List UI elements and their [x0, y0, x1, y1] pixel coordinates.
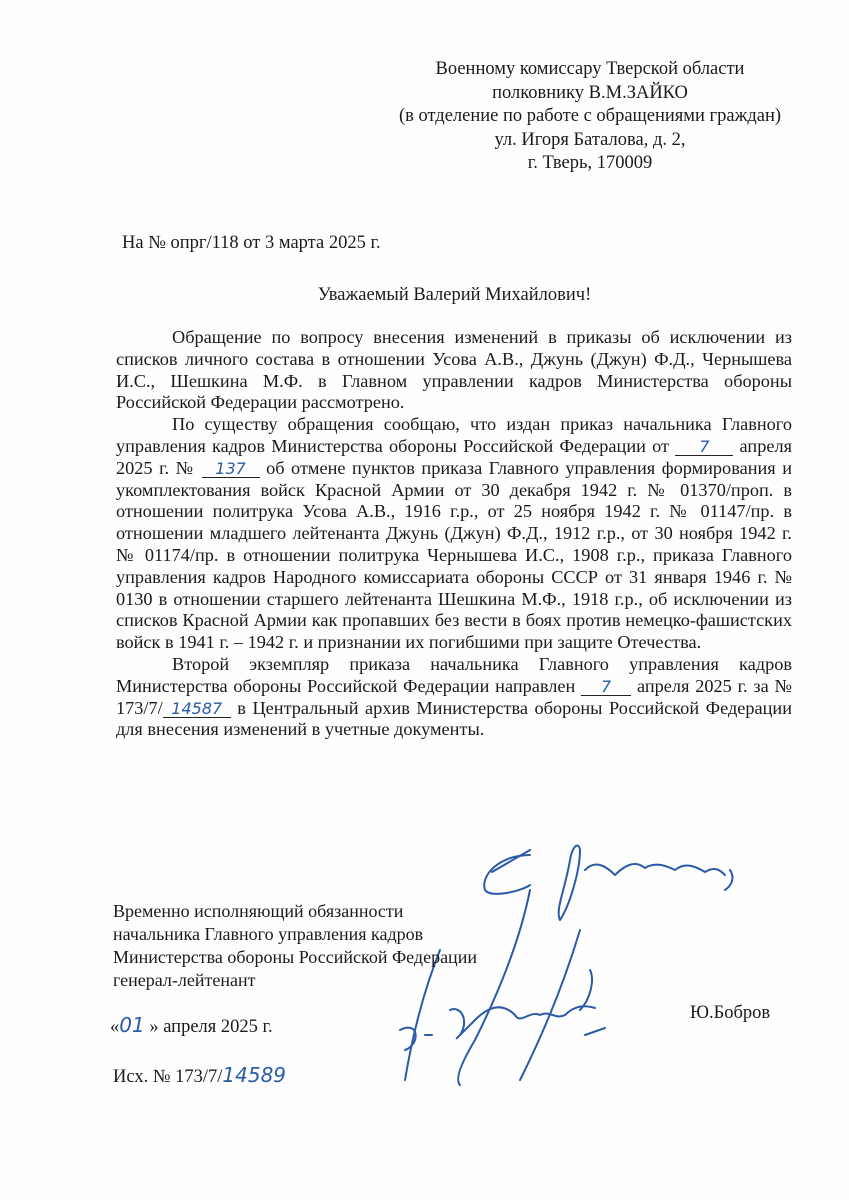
outgoing-prefix: Исх. № 173/7/	[113, 1067, 222, 1087]
paragraph-2: По существу обращения сообщаю, что издан…	[116, 414, 792, 654]
greeting: Уважаемый Валерий Михайлович!	[0, 285, 849, 306]
addressee-line: (в отделение по работе с обращениями гра…	[370, 105, 810, 129]
signer-title-line: генерал-лейтенант	[113, 969, 477, 992]
handwritten-day-field: 7	[675, 438, 733, 456]
handwritten-date-day: 01	[119, 1013, 144, 1037]
handwritten-outgoing-number: 14589	[222, 1063, 286, 1087]
handwritten-day: 7	[601, 677, 611, 696]
date-rest: » апреля 2025 г.	[149, 1017, 272, 1037]
handwritten-number-field: 14587	[163, 700, 231, 718]
addressee-line: Военному комиссару Тверской области	[370, 58, 810, 82]
addressee-block: Военному комиссару Тверской области полк…	[370, 58, 810, 176]
signer-name: Ю.Бобров	[690, 1003, 770, 1024]
addressee-line: г. Тверь, 170009	[370, 152, 810, 176]
signature-title-block: Временно исполняющий обязанности начальн…	[113, 900, 477, 992]
reference-number: На № опрг/118 от 3 марта 2025 г.	[122, 233, 381, 254]
date-open-quote: «	[110, 1017, 119, 1037]
letter-page: Военному комиссару Тверской области полк…	[0, 0, 849, 1200]
signer-title-line: начальника Главного управления кадров	[113, 923, 477, 946]
signer-title-line: Министерства обороны Российской Федераци…	[113, 946, 477, 969]
paragraph-1: Обращение по вопросу внесения изменений …	[116, 327, 792, 414]
letter-date: «01 » апреля 2025 г.	[110, 1013, 273, 1038]
handwritten-order-field: 137	[202, 460, 260, 478]
handwritten-day-field: 7	[581, 678, 631, 696]
paragraph-2-text: об отмене пунктов приказа Главного управ…	[116, 458, 792, 652]
signer-title-line: Временно исполняющий обязанности	[113, 900, 477, 923]
handwritten-day: 7	[699, 437, 709, 456]
addressee-line: полковнику В.М.ЗАЙКО	[370, 82, 810, 106]
handwritten-outgoing-number: 14587	[171, 699, 222, 718]
handwritten-order-number: 137	[215, 459, 246, 478]
letter-body: Обращение по вопросу внесения изменений …	[116, 327, 792, 741]
addressee-line: ул. Игоря Баталова, д. 2,	[370, 129, 810, 153]
outgoing-number: Исх. № 173/7/14589	[113, 1063, 286, 1088]
paragraph-3: Второй экземпляр приказа начальника Глав…	[116, 654, 792, 741]
